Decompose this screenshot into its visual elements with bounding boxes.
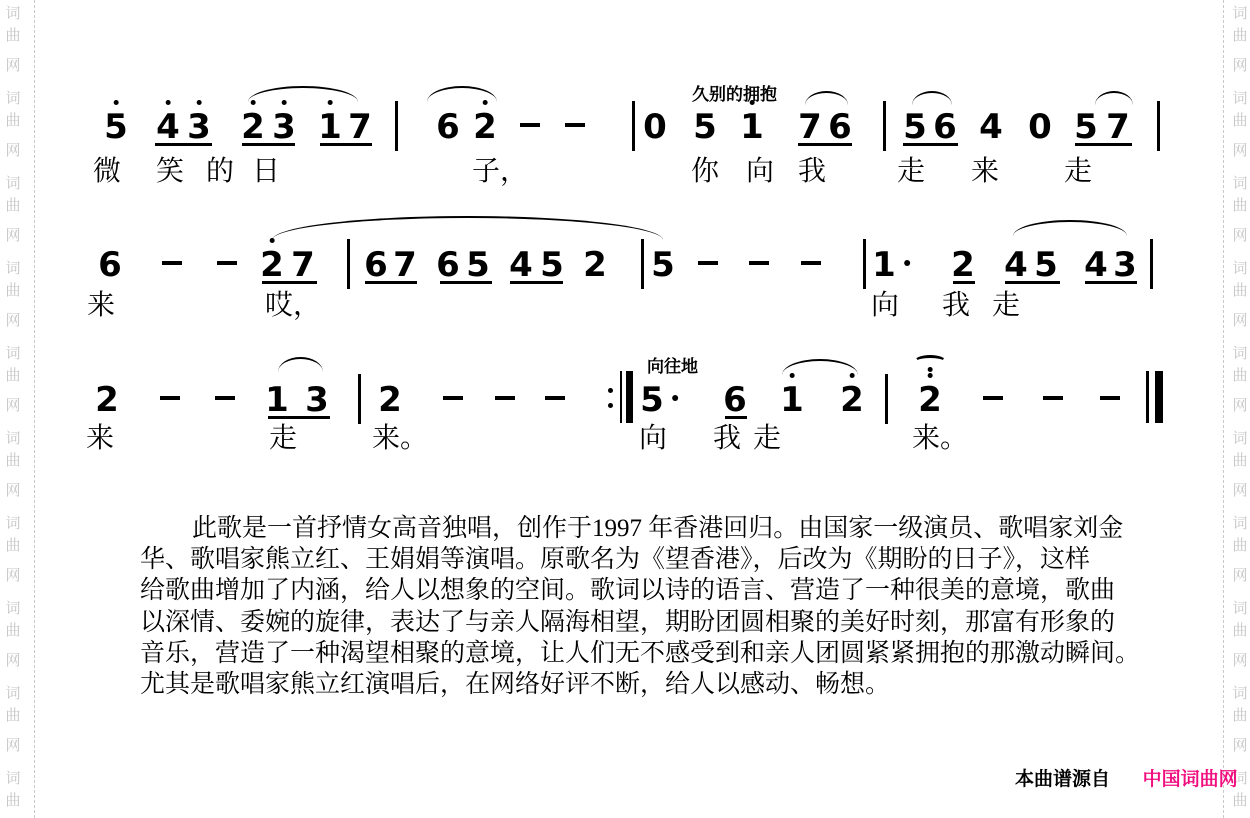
duration-dash [162,261,182,265]
duration-dash [443,396,463,400]
note: 5 [693,110,717,144]
duration-dash [749,261,769,265]
octave-dot [927,373,932,378]
beam-underline [242,143,295,146]
repeat-barline-thick [626,371,633,423]
note: 5 [1034,248,1058,282]
duration-dash [545,396,565,400]
note: 3 [272,110,296,144]
note: 6 [933,110,957,144]
lyric-syllable: 微 [93,157,121,186]
lyric-syllable: 走 [897,157,925,186]
beam-underline [798,143,852,146]
beam-underline [903,143,958,146]
duration-dash [801,261,821,265]
note: 1 [265,383,289,417]
lyric-syllable: 日 [252,157,280,186]
note: 4 [1004,248,1028,282]
note: 2 [95,383,119,417]
barline [632,101,635,151]
lyric-syllable: 走 [269,424,297,453]
duration-dash [215,396,235,400]
note: 1 [780,383,804,417]
barline [395,101,398,151]
brand-text: 中国词曲网 [1143,768,1238,790]
repeat-barline-thin [620,371,622,423]
duration-dash [495,396,515,400]
expression-annotation: 久别的拥抱 [692,80,777,105]
barline [885,374,888,424]
duration-dash [983,396,1003,400]
note: 2 [918,383,942,417]
lyric-syllable: 走 [1064,157,1092,186]
lyric-syllable: 向 [746,157,774,186]
lyric-syllable: 我 [713,424,741,453]
slur-arc [805,91,848,105]
description-line: 尤其是歌唱家熊立红演唱后，在网络好评不断，给人以感动、畅想。 [140,669,1145,700]
duration-dash [698,261,718,265]
lyric-syllable: 向 [871,291,899,320]
slur-arc [1095,91,1133,105]
note: 0 [643,110,667,144]
slur-arc [427,86,497,102]
octave-dot [196,100,201,105]
lyric-syllable: 来。 [912,424,968,453]
beam-underline [155,143,212,146]
slur-arc [248,86,358,102]
barline [1150,239,1153,289]
octave-dot [113,100,118,105]
note: 7 [348,110,372,144]
source-attribution: 本曲谱源自 中国词曲网 [1015,764,1238,791]
note: 6 [364,248,388,282]
slur-arc [912,91,952,105]
beam-underline [440,281,492,284]
note: 7 [291,248,315,282]
duration-dash [1100,396,1120,400]
note: 2 [241,110,265,144]
note: 2 [378,383,402,417]
note: 4 [1084,248,1108,282]
barline [641,239,644,289]
barline [347,239,350,289]
duration-dash [160,396,180,400]
beam-underline [1085,281,1137,284]
description-line: 华、歌唱家熊立红、王娟娟等演唱。原歌名为《望香港》，后改为《期盼的日子》，这样 [140,544,1145,575]
note: 5 [651,248,675,282]
barline [1157,101,1160,151]
note: 1 [872,248,896,282]
song-description: 此歌是一首抒情女高音独唱，创作于1997 年香港回归。由国家一级演员、歌唱家刘金… [140,513,1145,700]
note: 0 [1028,110,1052,144]
lyric-syllable: 来 [971,157,999,186]
augmentation-dot [904,260,910,266]
duration-dash [520,123,540,127]
note: 5 [540,248,564,282]
note: 4 [979,110,1003,144]
note: 5 [104,110,128,144]
beam-underline [262,281,317,284]
note: 4 [509,248,533,282]
beam-underline [320,143,372,146]
description-line: 给歌曲增加了内涵，给人以想象的空间。歌词以诗的语言、营造了一种很美的意境，歌曲 [140,575,1145,606]
note: 6 [98,248,122,282]
lyric-syllable: 走 [992,291,1020,320]
note: 3 [1113,248,1137,282]
duration-dash [565,123,585,127]
final-barline-thick [1155,371,1163,423]
beam-underline [725,416,747,419]
sheet-music-page: 词曲网词曲网词曲网词曲网词曲网词曲网词曲网词曲网词曲网词曲 词曲网词曲网词曲网词… [0,0,1250,818]
slur-arc [272,216,663,240]
fermata-dot [927,367,932,372]
beam-underline [510,281,563,284]
beam-underline [953,281,975,284]
lyric-syllable: 子， [472,157,528,186]
note: 2 [583,248,607,282]
note: 2 [473,110,497,144]
note: 1 [318,110,342,144]
note: 5 [640,383,664,417]
lyric-syllable: 笑 [156,157,184,186]
augmentation-dot [672,395,678,401]
lyric-syllable: 我 [798,157,826,186]
note: 5 [466,248,490,282]
final-barline-thin [1146,371,1149,423]
beam-underline [1005,281,1060,284]
note: 6 [723,383,747,417]
duration-dash [1043,396,1063,400]
note: 4 [156,110,180,144]
expression-annotation: 向往地 [647,352,698,377]
lyric-syllable: 来。 [372,424,428,453]
slur-arc [782,359,858,375]
note: 7 [393,248,417,282]
octave-dot [165,100,170,105]
lyric-syllable: 走 [753,424,781,453]
note: 7 [798,110,822,144]
lyric-syllable: 的 [206,157,234,186]
beam-underline [268,416,330,419]
slur-arc [1013,220,1127,236]
lyric-syllable: 向 [639,424,667,453]
barline [863,239,866,289]
note: 6 [436,110,460,144]
note: 5 [1074,110,1098,144]
note: 5 [903,110,927,144]
note: 1 [740,110,764,144]
description-line: 音乐，营造了一种渴望相聚的意境，让人们无不感受到和亲人团圆紧紧拥抱的那激动瞬间。 [140,638,1145,669]
description-line: 此歌是一首抒情女高音独唱，创作于1997 年香港回归。由国家一级演员、歌唱家刘金 [140,513,1145,544]
beam-underline [1075,143,1132,146]
source-label: 本曲谱源自 [1015,768,1110,790]
lyric-syllable: 你 [691,157,719,186]
barline [358,374,361,424]
repeat-dot [608,388,613,393]
note: 6 [436,248,460,282]
duration-dash [217,261,237,265]
barline [883,101,886,151]
note: 2 [840,383,864,417]
note: 2 [260,248,284,282]
lyric-syllable: 哎， [265,291,321,320]
lyric-syllable: 我 [942,291,970,320]
lyric-syllable: 来 [86,424,114,453]
note: 2 [951,248,975,282]
note: 3 [187,110,211,144]
lyric-syllable: 来 [87,291,115,320]
repeat-dot [608,403,613,408]
slur-arc [278,357,323,372]
description-line: 以深情、委婉的旋律，表达了与亲人隔海相望，期盼团圆相聚的美好时刻，那富有形象的 [140,607,1145,638]
note: 6 [828,110,852,144]
note: 3 [305,383,329,417]
beam-underline [365,281,417,284]
note: 7 [1106,110,1130,144]
